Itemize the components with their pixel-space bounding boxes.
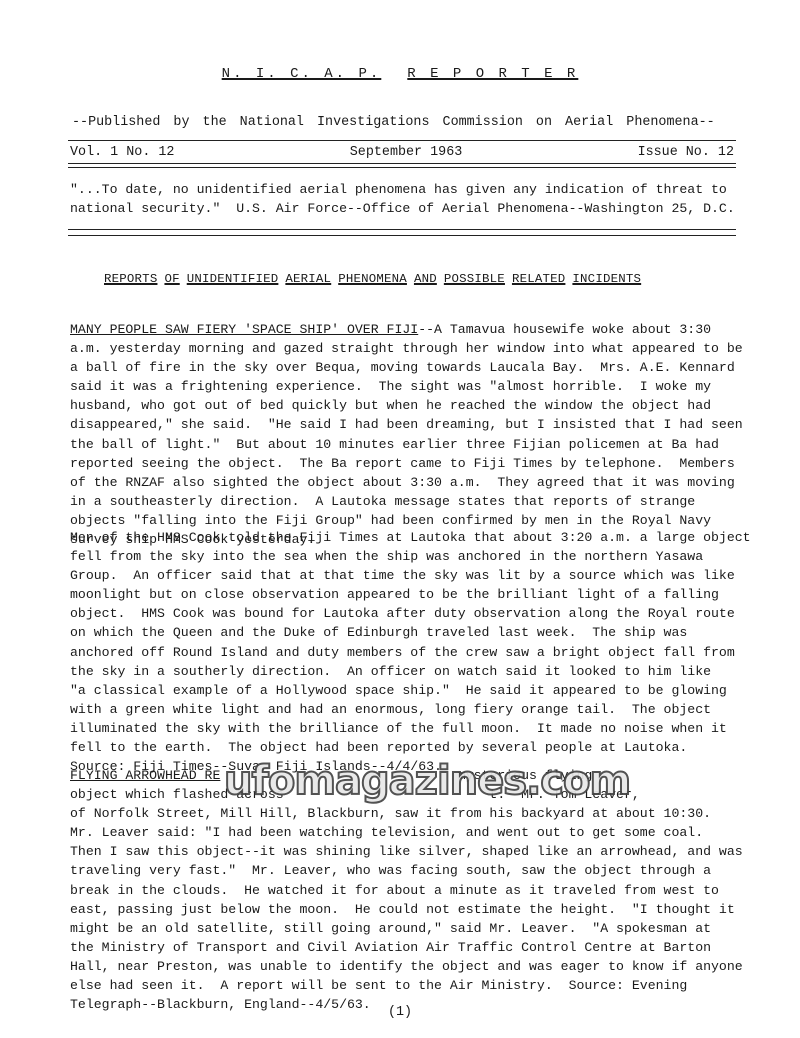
divider: [68, 229, 736, 230]
article-text-line: Men of the HMS Cook told the Fiji Times …: [70, 528, 770, 547]
article-text-line: the sky in a southerly direction. An off…: [70, 662, 770, 681]
article-text-line: fell to the earth. The object had been r…: [70, 738, 770, 757]
section-title-word: REPORTS: [104, 272, 157, 286]
article-text-line: the ball of light." But about 10 minutes…: [70, 435, 770, 454]
article-text-line: with a green white light and had an enor…: [70, 700, 770, 719]
article-text-line: object. HMS Cook was bound for Lautoka a…: [70, 604, 770, 623]
divider: [68, 167, 736, 168]
article-text-line: moonlight but on close observation appea…: [70, 585, 770, 604]
epigraph-line: "...To date, no unidentified aerial phen…: [70, 180, 740, 199]
article-text-line: Mr. Leaver said: "I had been watching te…: [70, 823, 770, 842]
article-text-line: the Ministry of Transport and Civil Avia…: [70, 938, 770, 957]
section-title-word: POSSIBLE: [444, 272, 505, 286]
article-text-line: Then I saw this object--it was shining l…: [70, 842, 770, 861]
section-title-word: AND: [414, 272, 437, 286]
article-text-line: Group. An officer said that at that time…: [70, 566, 770, 585]
divider: [68, 140, 736, 141]
page-number: (1): [0, 1005, 800, 1020]
section-title-word: INCIDENTS: [572, 272, 641, 286]
divider: [68, 163, 736, 164]
newsletter-page: N. I. C. A. P.R E P O R T E R --Publishe…: [0, 0, 800, 1038]
article-text-line: husband, who got out of bed quickly but …: [70, 396, 770, 415]
article-text-line: anchored off Round Island and duty membe…: [70, 643, 770, 662]
article-fiji-paragraph-2: Men of the HMS Cook told the Fiji Times …: [70, 528, 770, 776]
publisher-line: --Published by the National Investigatio…: [72, 115, 732, 130]
article-text-line: fell from the sky into the sea when the …: [70, 547, 770, 566]
article-fiji-paragraph-1: MANY PEOPLE SAW FIERY 'SPACE SHIP' OVER …: [70, 320, 770, 549]
volume-number: Vol. 1 No. 12: [70, 145, 174, 160]
article-text-line: of Norfolk Street, Mill Hill, Blackburn,…: [70, 804, 770, 823]
epigraph: "...To date, no unidentified aerial phen…: [70, 180, 740, 218]
article-text-line: in a southeasterly direction. A Lautoka …: [70, 492, 770, 511]
article-text-line: traveling very fast." Mr. Leaver, who wa…: [70, 861, 770, 880]
article-headline: MANY PEOPLE SAW FIERY 'SPACE SHIP' OVER …: [70, 322, 418, 337]
issue-bar: Vol. 1 No. 12 September 1963 Issue No. 1…: [70, 145, 734, 160]
article-headline: FLYING ARROWHEAD RE: [70, 768, 220, 783]
epigraph-line: national security." U.S. Air Force--Offi…: [70, 199, 740, 218]
masthead: N. I. C. A. P.R E P O R T E R: [0, 66, 800, 82]
issue-number: Issue No. 12: [638, 145, 734, 160]
divider: [68, 235, 736, 236]
article-text-line: --A Tamavua housewife woke about 3:30: [418, 322, 711, 337]
article-text-line: break in the clouds. He watched it for a…: [70, 881, 770, 900]
section-title-word: UNIDENTIFIED: [187, 272, 279, 286]
article-text-line: of the RNZAF also sighted the object abo…: [70, 473, 770, 492]
article-text-line: on which the Queen and the Duke of Edinb…: [70, 623, 770, 642]
issue-date: September 1963: [350, 145, 463, 160]
article-text-line: Hall, near Preston, was unable to identi…: [70, 957, 770, 976]
masthead-org: N. I. C. A. P.: [222, 66, 382, 82]
section-title: REPORTSOFUNIDENTIFIEDAERIALPHENOMENAANDP…: [104, 272, 704, 286]
masthead-title: R E P O R T E R: [407, 66, 578, 82]
article-text-line: a ball of fire in the sky over Bequa, mo…: [70, 358, 770, 377]
section-title-word: RELATED: [512, 272, 565, 286]
article-text-line: might be an old satellite, still going a…: [70, 919, 770, 938]
section-title-word: OF: [164, 272, 179, 286]
watermark-logo: ufomagazines.com: [224, 758, 630, 804]
article-text-line: "a classical example of a Hollywood spac…: [70, 681, 770, 700]
article-text-line: reported seeing the object. The Ba repor…: [70, 454, 770, 473]
article-text-line: disappeared," she said. "He said I had b…: [70, 415, 770, 434]
article-text-line: illuminated the sky with the brilliance …: [70, 719, 770, 738]
section-title-word: PHENOMENA: [338, 272, 407, 286]
section-title-word: AERIAL: [285, 272, 331, 286]
article-text-line: said it was a frightening experience. Th…: [70, 377, 770, 396]
article-text-line: east, passing just below the moon. He co…: [70, 900, 770, 919]
article-text-line: a.m. yesterday morning and gazed straigh…: [70, 339, 770, 358]
article-text-line: else had seen it. A report will be sent …: [70, 976, 770, 995]
